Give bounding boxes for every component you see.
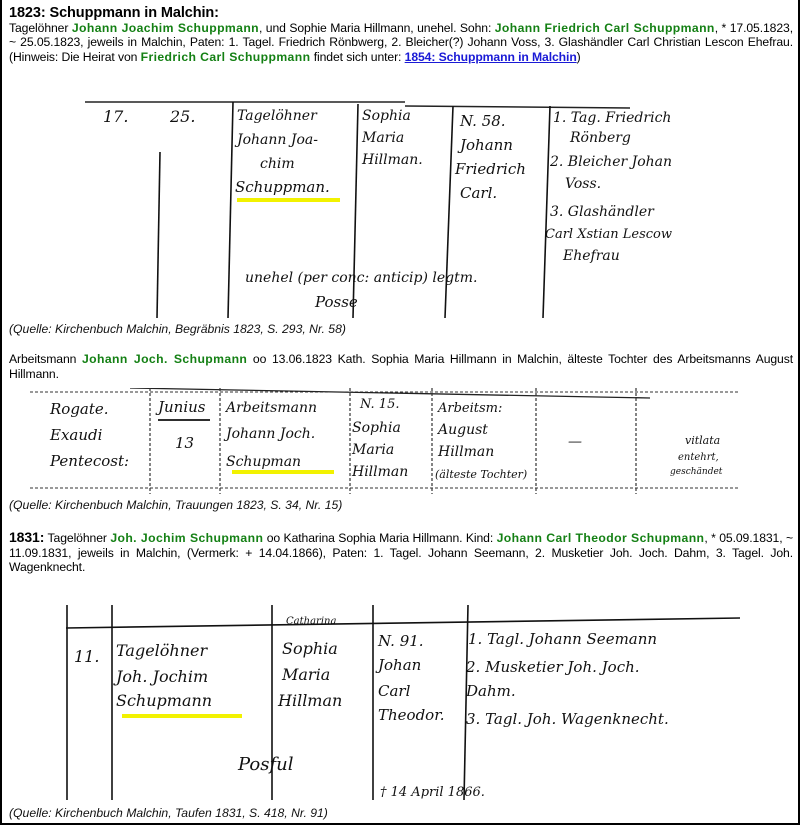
person-name: Johann Carl Theodor Schupmann — [497, 531, 705, 545]
svg-text:Dahm.: Dahm. — [465, 682, 516, 700]
person-name: Johann Friedrich Carl Schuppmann — [495, 21, 715, 35]
svg-text:17.: 17. — [103, 107, 128, 126]
svg-text:Hillman: Hillman — [437, 444, 494, 460]
svg-text:Arbeitsm:: Arbeitsm: — [437, 401, 502, 416]
svg-text:unehel (per conc: anticip) leg: unehel (per conc: anticip) legtm. — [245, 270, 477, 286]
svg-text:25.: 25. — [169, 107, 195, 126]
svg-text:Hillman: Hillman — [277, 691, 342, 710]
svg-text:geschändet: geschändet — [670, 467, 723, 477]
svg-text:Rönberg: Rönberg — [569, 130, 631, 146]
svg-text:1. Tag. Friedrich: 1. Tag. Friedrich — [553, 110, 671, 126]
svg-text:Voss.: Voss. — [565, 176, 601, 192]
svg-text:Hillman.: Hillman. — [361, 152, 423, 168]
entry-marriage-text: Arbeitsmann Johann Joch. Schupmann oo 13… — [9, 352, 793, 381]
svg-text:Schupmann: Schupmann — [116, 691, 212, 710]
svg-text:Theodor.: Theodor. — [378, 706, 445, 724]
church-book-scan-1831: 11. Tagelöhner Joh. Jochim Schupmann Cat… — [60, 600, 740, 800]
church-book-scan-1823: 17. 25. Tagelöhner Johann Joa- chim Schu… — [85, 92, 715, 318]
entry-1823-text: 1823: Schuppmann in Malchin: Tagelöhner … — [9, 6, 793, 64]
svg-text:Pentecost:: Pentecost: — [49, 452, 129, 470]
svg-text:Tagelöhner: Tagelöhner — [116, 641, 209, 660]
source-citation: (Quelle: Kirchenbuch Malchin, Taufen 183… — [9, 806, 328, 820]
person-name: Johann Joch. Schupmann — [82, 352, 247, 366]
entry-1831-text: 1831: Tagelöhner Joh. Jochim Schupmann o… — [9, 530, 793, 575]
svg-text:N. 58.: N. 58. — [459, 112, 506, 130]
svg-text:13: 13 — [175, 434, 194, 452]
person-name: Johann Joachim Schuppmann — [72, 21, 259, 35]
highlight-underline — [237, 198, 340, 202]
svg-text:Joh. Jochim: Joh. Jochim — [113, 667, 208, 686]
svg-text:Rogate.: Rogate. — [49, 400, 109, 418]
svg-text:vitlata: vitlata — [685, 434, 720, 447]
svg-text:† 14 April 1866.: † 14 April 1866. — [380, 785, 485, 800]
svg-text:August: August — [436, 422, 488, 438]
svg-text:Schupman: Schupman — [226, 454, 301, 470]
svg-text:Schuppman.: Schuppman. — [235, 178, 330, 196]
section-heading-1831: 1831: — [9, 529, 44, 545]
person-name: Friedrich Carl Schuppmann — [141, 50, 311, 64]
section-heading-1823: 1823: Schuppmann in Malchin: — [9, 6, 793, 21]
person-name: Joh. Jochim Schupmann — [110, 531, 263, 545]
svg-text:Posse: Posse — [314, 293, 358, 311]
svg-text:Johann Joch.: Johann Joch. — [223, 426, 315, 442]
svg-text:Johan: Johan — [375, 656, 421, 674]
highlight-underline — [122, 714, 242, 718]
svg-text:Maria: Maria — [351, 442, 394, 458]
svg-text:N. 15.: N. 15. — [359, 397, 399, 412]
svg-text:entehrt,: entehrt, — [678, 452, 719, 463]
svg-text:—: — — [568, 434, 582, 450]
svg-text:Carl: Carl — [378, 682, 411, 700]
svg-text:Junius: Junius — [155, 398, 206, 416]
svg-text:Posful: Posful — [237, 754, 294, 775]
svg-text:Sophia: Sophia — [362, 108, 411, 124]
highlight-underline — [232, 470, 334, 474]
svg-text:Tagelöhner: Tagelöhner — [237, 108, 318, 124]
svg-text:Johann Joa-: Johann Joa- — [234, 132, 318, 148]
svg-text:Exaudi: Exaudi — [49, 426, 103, 444]
link-1854-schuppmann[interactable]: 1854: Schuppmann in Malchin — [405, 50, 577, 64]
svg-text:Johann: Johann — [457, 136, 513, 154]
svg-text:Sophia: Sophia — [352, 420, 401, 436]
svg-text:2. Bleicher Johan: 2. Bleicher Johan — [549, 154, 672, 170]
svg-text:chim: chim — [260, 156, 295, 172]
source-citation: (Quelle: Kirchenbuch Malchin, Trauungen … — [9, 498, 342, 512]
source-citation: (Quelle: Kirchenbuch Malchin, Begräbnis … — [9, 322, 346, 336]
svg-text:1. Tagl. Johann Seemann: 1. Tagl. Johann Seemann — [468, 630, 657, 648]
svg-text:3. Tagl. Joh. Wagenknecht.: 3. Tagl. Joh. Wagenknecht. — [466, 710, 669, 728]
svg-text:(älteste Tochter): (älteste Tochter) — [435, 468, 527, 481]
svg-text:Carl Xstian Lescow: Carl Xstian Lescow — [545, 227, 672, 242]
svg-text:3. Glashändler: 3. Glashändler — [550, 204, 655, 220]
svg-text:Sophia: Sophia — [282, 639, 338, 658]
svg-text:N. 91.: N. 91. — [377, 632, 424, 650]
svg-text:11.: 11. — [74, 647, 99, 666]
svg-text:Maria: Maria — [361, 130, 404, 146]
svg-text:Ehefrau: Ehefrau — [562, 248, 620, 264]
svg-text:Friedrich: Friedrich — [454, 160, 526, 178]
svg-text:Carl.: Carl. — [460, 184, 497, 202]
svg-text:Maria: Maria — [281, 665, 330, 684]
svg-text:Arbeitsmann: Arbeitsmann — [224, 400, 317, 416]
svg-text:Catharina: Catharina — [286, 616, 336, 627]
svg-text:2. Musketier Joh. Joch.: 2. Musketier Joh. Joch. — [465, 658, 640, 676]
church-book-scan-marriage-1823: Rogate. Exaudi Pentecost: Junius 13 Arbe… — [30, 388, 740, 494]
svg-text:Hillman: Hillman — [351, 464, 408, 480]
